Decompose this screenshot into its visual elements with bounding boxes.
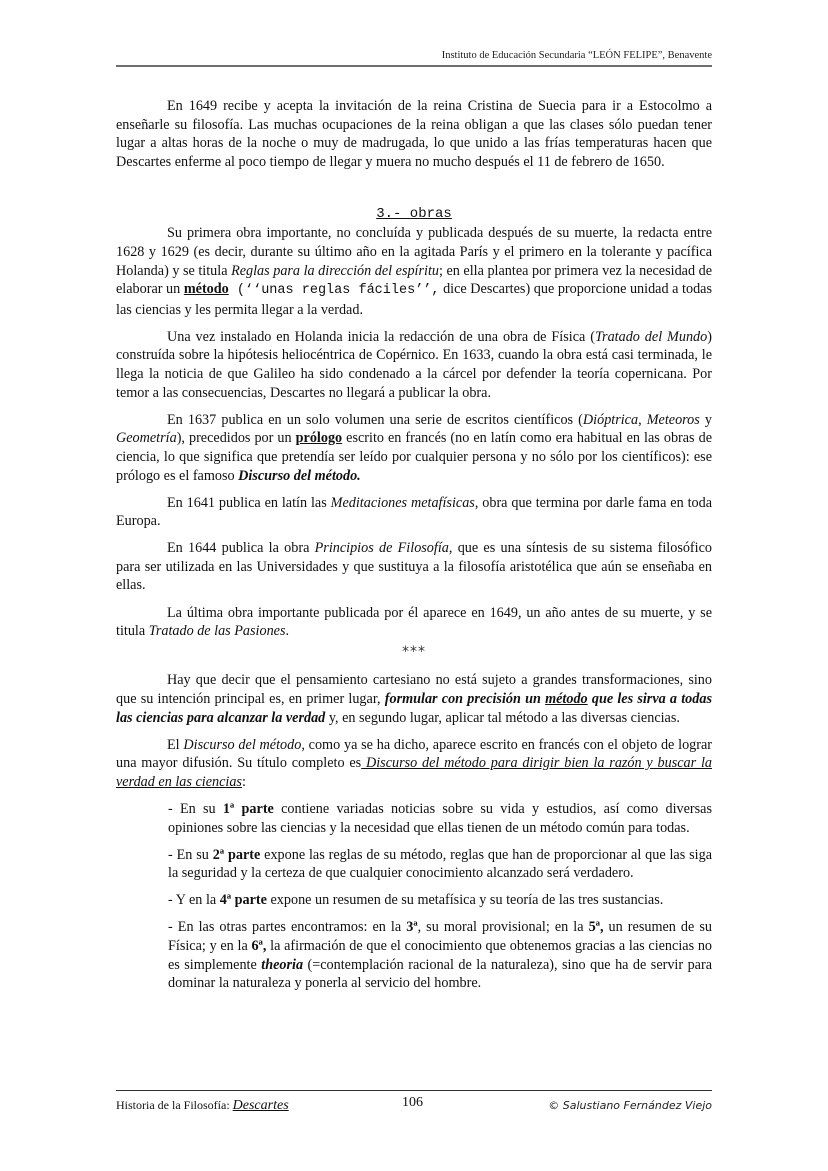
footer-rule bbox=[116, 1090, 712, 1091]
paragraph-discurso: En 1637 publica en un solo volumen una s… bbox=[116, 411, 712, 485]
text: - En su bbox=[168, 847, 213, 863]
text: , su moral provisional; en la bbox=[418, 919, 589, 935]
emphasis-prologo: prólogo bbox=[296, 430, 343, 446]
text: En 1641 publica en latín las bbox=[167, 495, 331, 511]
paragraph-pasiones: La última obra importante publicada por … bbox=[116, 604, 712, 641]
text: . bbox=[285, 623, 289, 639]
text: - Y en la bbox=[168, 892, 220, 908]
quote: (‘‘unas reglas fáciles’’, bbox=[229, 283, 440, 298]
copyright: © Salustiano Fernández Viejo bbox=[548, 1099, 712, 1112]
text: En 1637 publica en un solo volumen una s… bbox=[167, 412, 583, 428]
text: y, en segundo lugar, aplicar tal método … bbox=[325, 710, 680, 726]
work-title: Reglas para la dirección del espíritu bbox=[231, 263, 439, 279]
list-item: - En su 2ª parte expone las reglas de su… bbox=[168, 846, 712, 883]
paragraph-titulo-completo: El Discurso del método, como ya se ha di… bbox=[116, 736, 712, 792]
page-number: 106 bbox=[402, 1095, 423, 1111]
document-page: Instituto de Educación Secundaria “LEÓN … bbox=[0, 0, 828, 1171]
emphasis-theoria: theoria bbox=[261, 957, 303, 973]
emphasis-metodo: método bbox=[184, 281, 229, 297]
text: ), precedidos por un bbox=[177, 430, 296, 446]
text: : bbox=[242, 774, 246, 790]
text: - En las otras partes encontramos: en la bbox=[168, 919, 406, 935]
list-item: - En su 1ª parte contiene variadas notic… bbox=[168, 800, 712, 837]
work-title: Discurso del método bbox=[183, 737, 301, 753]
intro-paragraph: En 1649 recibe y acepta la invitación de… bbox=[116, 97, 712, 171]
work-title: Principios de Filosofía bbox=[315, 540, 449, 556]
work-title: Tratado de las Pasiones bbox=[149, 623, 286, 639]
text: Una vez instalado en Holanda inicia la r… bbox=[167, 329, 595, 345]
part-label: 3ª bbox=[406, 919, 417, 935]
institution-name: Instituto de Educación Secundaria “LEÓN … bbox=[116, 50, 712, 62]
work-title: Geometría bbox=[116, 430, 177, 446]
course-name: Descartes bbox=[233, 1098, 289, 1113]
part-label: 5ª, bbox=[589, 919, 604, 935]
list-item: - En las otras partes encontramos: en la… bbox=[168, 918, 712, 992]
work-title: Tratado del Mundo bbox=[595, 329, 707, 345]
emphasis-metodo: método bbox=[545, 691, 588, 707]
text: , bbox=[638, 412, 647, 428]
paragraph-reglas: Su primera obra importante, no concluída… bbox=[116, 224, 712, 319]
paragraph-meditaciones: En 1641 publica en latín las Meditacione… bbox=[116, 494, 712, 531]
page-footer: Historia de la Filosofía: Descartes 106 … bbox=[116, 1090, 712, 1116]
part-label: 2ª parte bbox=[213, 847, 261, 863]
text: El bbox=[167, 737, 183, 753]
header-rule bbox=[116, 65, 712, 67]
section-separator: *** bbox=[116, 643, 712, 662]
work-title: Meditaciones metafísicas bbox=[331, 495, 475, 511]
work-title: Meteoros bbox=[647, 412, 700, 428]
text: En 1644 publica la obra bbox=[167, 540, 315, 556]
parts-list: - En su 1ª parte contiene variadas notic… bbox=[168, 800, 712, 993]
subject-label: Historia de la Filosofía: bbox=[116, 1098, 233, 1112]
text: - En su bbox=[168, 801, 223, 817]
list-item: - Y en la 4ª parte expone un resumen de … bbox=[168, 891, 712, 910]
work-title-emphasis: Discurso del método. bbox=[238, 468, 361, 484]
section-title: 3.- obras bbox=[116, 206, 712, 222]
page-header: Instituto de Educación Secundaria “LEÓN … bbox=[116, 50, 712, 67]
emphasis: formular con precisión un bbox=[385, 691, 545, 707]
footer-subject: Historia de la Filosofía: Descartes bbox=[116, 1098, 289, 1114]
work-title: Dióptrica bbox=[583, 412, 638, 428]
paragraph-tratado-mundo: Una vez instalado en Holanda inicia la r… bbox=[116, 328, 712, 402]
paragraph-principios: En 1644 publica la obra Principios de Fi… bbox=[116, 539, 712, 595]
paragraph-intencion: Hay que decir que el pensamiento cartesi… bbox=[116, 671, 712, 727]
text: y bbox=[700, 412, 712, 428]
part-label: 6ª, bbox=[252, 938, 267, 954]
part-label: 4ª parte bbox=[220, 892, 267, 908]
part-label: 1ª parte bbox=[223, 801, 274, 817]
text: expone un resumen de su metafísica y su … bbox=[267, 892, 663, 908]
page-body: En 1649 recibe y acepta la invitación de… bbox=[116, 97, 712, 1001]
